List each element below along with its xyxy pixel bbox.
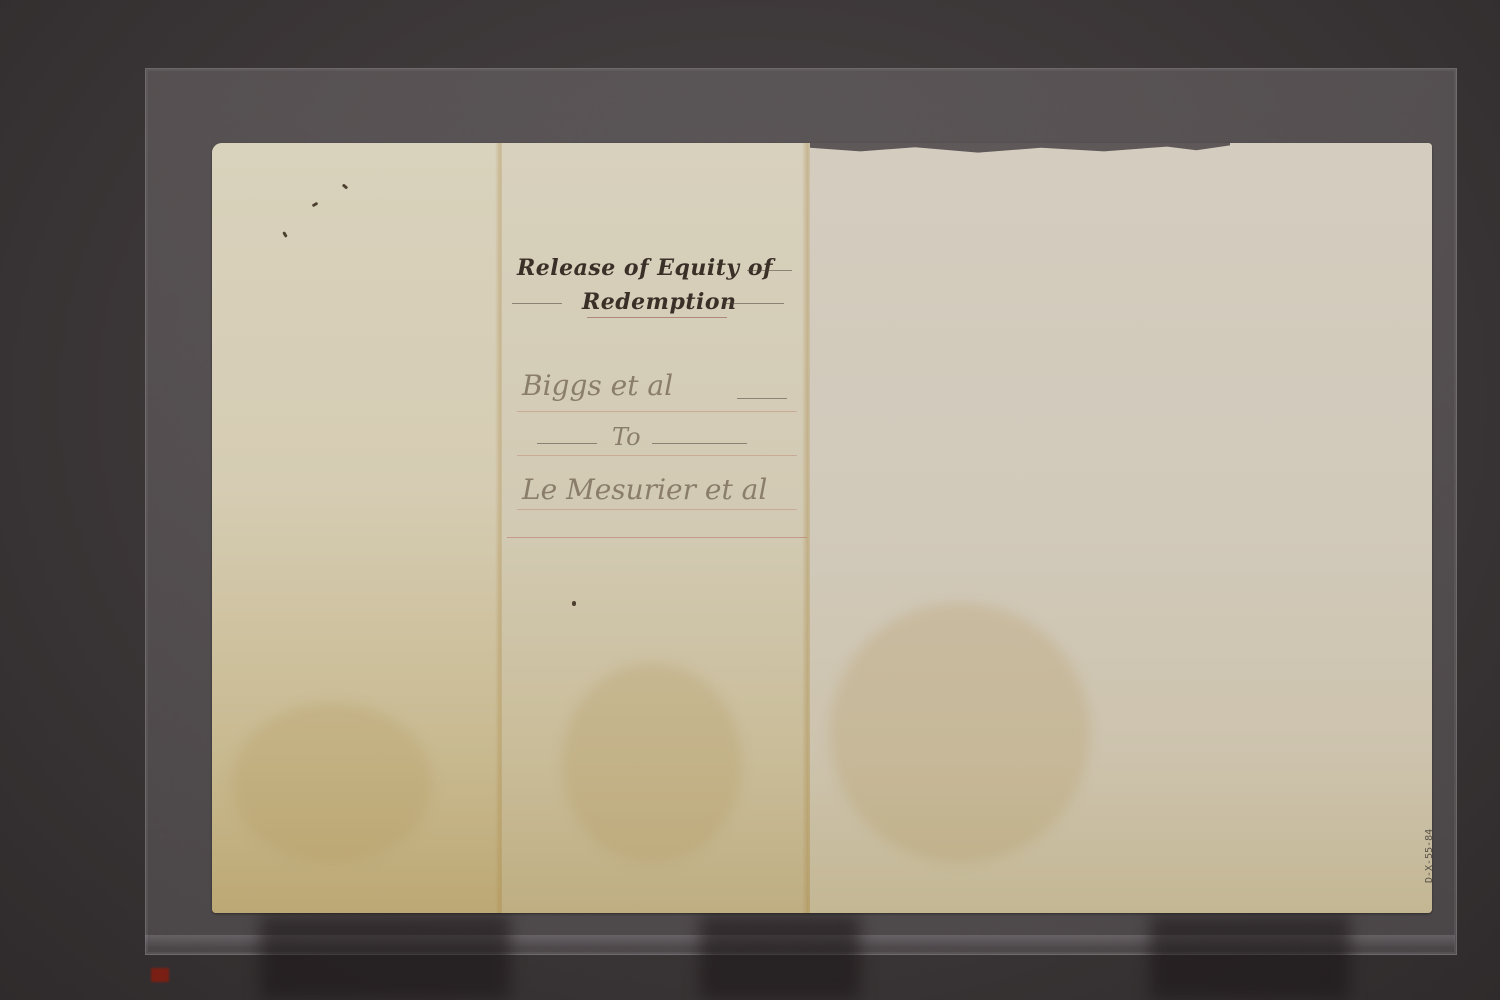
title-underline [587,317,727,318]
pin-mark [342,183,349,189]
ink-speck [572,601,576,606]
water-stain [830,603,1090,863]
rule-dash [724,303,784,304]
rule-dash [537,443,597,444]
right-panel [810,143,1432,913]
left-panel [212,143,502,913]
ruled-line [517,509,797,510]
docket-title-line-1: Release of Equity of [517,255,773,281]
rule-dash [652,443,747,444]
shadow [260,915,510,1000]
red-rule [507,537,807,538]
docket-panel: Release of Equity of Redemption Biggs et… [502,143,807,913]
party-1: Biggs et al [522,369,673,402]
ruled-line [517,455,797,456]
shadow [1150,915,1350,1000]
water-stain [232,703,432,863]
document-paper: Release of Equity of Redemption Biggs et… [212,143,1432,913]
pin-mark [282,231,288,238]
rule-dash [737,398,787,399]
water-stain [562,663,742,863]
docket-title-line-2: Redemption [582,289,737,315]
ruled-line [517,411,797,412]
archive-number: D-X-55-84 [1424,829,1432,883]
connector: To [612,423,641,451]
rule-dash [747,270,792,271]
rule-dash [512,303,562,304]
pin-mark [312,202,319,208]
red-marker [151,968,169,982]
party-2: Le Mesurier et al [522,473,767,506]
shadow [700,915,860,1000]
